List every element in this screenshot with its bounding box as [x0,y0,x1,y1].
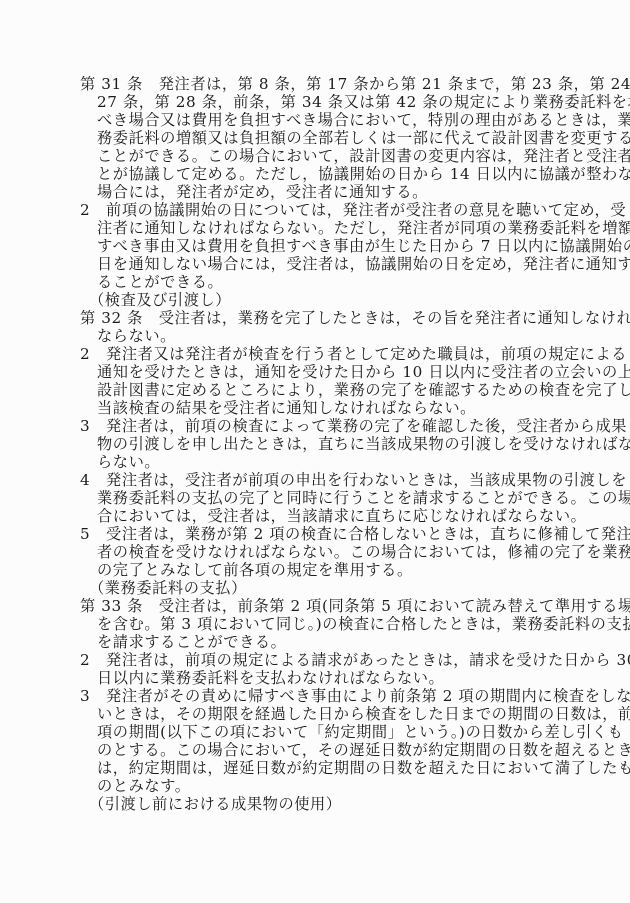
article-31-line: 務委託料の増額又は負担額の全部若しくは一部に代えて設計図書を変更する [97,129,552,147]
article-33-paragraph-3-line: は，約定期間は，遅延日数が約定期間の日数を超えた日において満了したも [97,759,552,777]
article-32-paragraph-2-line: 2 発注者又は発注者が検査を行う者として定めた職員は，前項の規定による [80,345,552,363]
article-32-paragraph-3-line: らない。 [97,453,552,471]
article-33-paragraph-2-line: 2 発注者は，前項の規定による請求があったときは，請求を受けた日から 30 [80,651,552,669]
article-31-line: とが協議して定める。ただし，協議開始の日から 14 日以内に協議が整わない [97,165,552,183]
article-33-paragraph-3-line: 3 発注者がその責めに帰すべき事由により前条第 2 項の期間内に検査をしな [80,687,552,705]
article-32-paragraph-2-line: 当該検査の結果を受注者に通知しなければならない。 [97,399,552,417]
article-31-paragraph-2-line: ることができる。 [97,273,552,291]
article-33-paragraph-3-line: のとする。この場合において，その遅延日数が約定期間の日数を超えるとき [97,741,552,759]
article-31-paragraph-2-line: すべき事由又は費用を負担すべき事由が生じた日から 7 日以内に協議開始の [97,237,552,255]
article-32-paragraph-4-line: 4 発注者は，受注者が前項の申出を行わないときは，当該成果物の引渡しを [80,471,552,489]
article-32-paragraph-4-line: 合においては，受注者は，当該請求に直ちに応じなければならない。 [97,507,552,525]
article-32-line: ならない。 [97,327,552,345]
article-32-heading-line: 第 32 条 受注者は，業務を完了したときは，その旨を発注者に通知しなければ [80,309,552,327]
article-32-paragraph-5-line: の完了とみなして前各項の規定を準用する。 [97,561,552,579]
article-32-paragraph-3-line: 3 発注者は，前項の検査によって業務の完了を確認した後，受注者から成果 [80,417,552,435]
article-31-heading-line: 第 31 条 発注者は，第 8 条，第 17 条から第 21 条まで，第 23 … [80,75,552,93]
article-31-paragraph-2-line: 日を通知しない場合には，受注者は，協議開始の日を定め，発注者に通知す [97,255,552,273]
document-page: 第 31 条 発注者は，第 8 条，第 17 条から第 21 条まで，第 23 … [0,0,630,903]
article-33-paragraph-3-line: のとみなす。 [97,777,552,795]
article-33-heading-line: 第 33 条 受注者は，前条第 2 項(同条第 5 項において読み替えて準用する… [80,597,552,615]
article-32-paragraph-2-line: 設計図書に定めるところにより，業務の完了を確認するための検査を完了し， [97,381,552,399]
section-heading-payment: （業務委託料の支払） [89,579,247,597]
article-31-line: べき場合又は費用を負担すべき場合において，特別の理由があるときは，業 [97,111,552,129]
article-32-paragraph-5-line: 5 受注者は，業務が第 2 項の検査に合格しないときは，直ちに修補して発注 [80,525,552,543]
article-31-line: ことができる。この場合において，設計図書の変更内容は，発注者と受注者 [97,147,552,165]
section-heading-use-before-delivery: （引渡し前における成果物の使用） [89,795,342,813]
article-32-paragraph-3-line: 物の引渡しを申し出たときは，直ちに当該成果物の引渡しを受けなければな [97,435,552,453]
section-heading-inspection: （検査及び引渡し） [89,291,231,309]
article-31-paragraph-2-line: 注者に通知しなければならない。ただし，発注者が同項の業務委託料を増額 [97,219,552,237]
article-31-line: 27 条，第 28 条，前条，第 34 条又は第 42 条の規定により業務委託料… [97,93,552,111]
article-32-paragraph-4-line: 業務委託料の支払の完了と同時に行うことを請求することができる。この場 [97,489,552,507]
article-33-line: を請求することができる。 [97,633,552,651]
article-31-paragraph-2-line: 2 前項の協議開始の日については，発注者が受注者の意見を聴いて定め，受 [80,201,552,219]
article-33-line: を含む。第 3 項において同じ。)の検査に合格したときは，業務委託料の支払 [97,615,552,633]
article-32-paragraph-2-line: 通知を受けたときは，通知を受けた日から 10 日以内に受注者の立会いの上， [97,363,552,381]
article-33-paragraph-3-line: いときは，その期限を経過した日から検査をした日までの期間の日数は，前 [97,705,552,723]
article-31-line: 場合には，発注者が定め，受注者に通知する。 [97,183,552,201]
article-32-paragraph-5-line: 者の検査を受けなければならない。この場合においては，修補の完了を業務 [97,543,552,561]
article-33-paragraph-3-line: 項の期間(以下この項において「約定期間」という。)の日数から差し引くも [97,723,552,741]
article-33-paragraph-2-line: 日以内に業務委託料を支払わなければならない。 [97,669,552,687]
